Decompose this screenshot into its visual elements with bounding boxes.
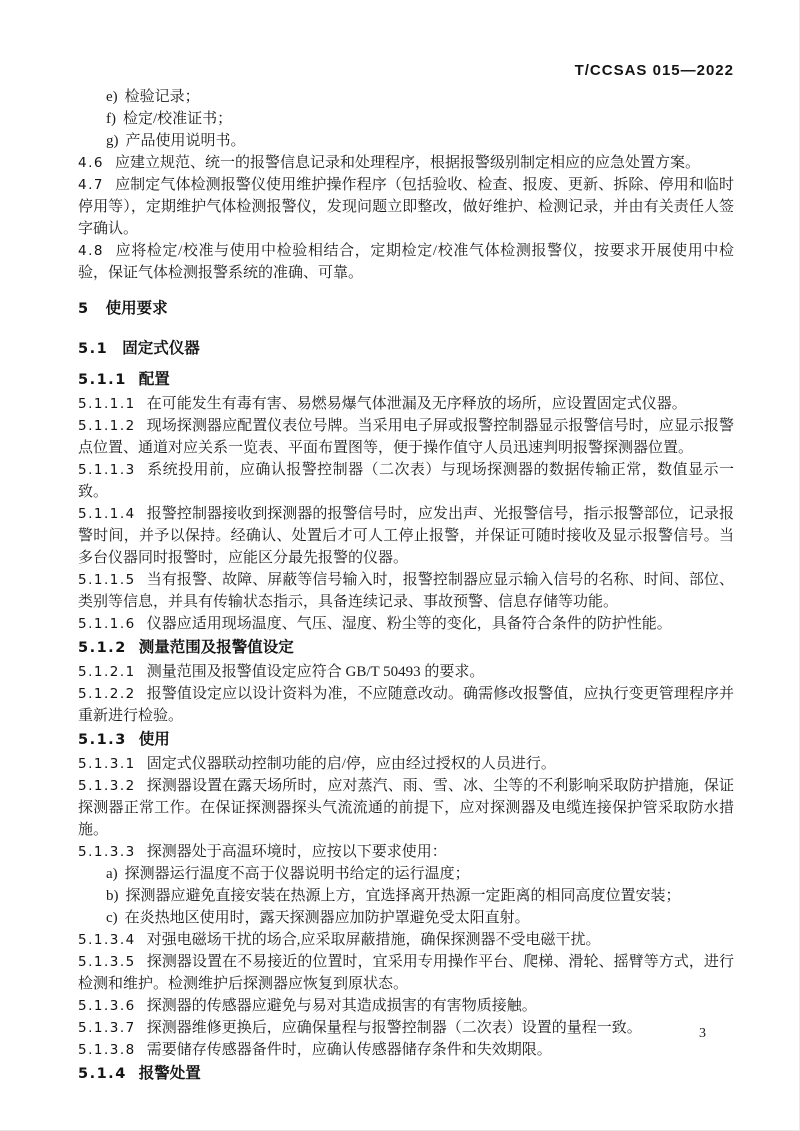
clause-5-1-3-8: 5.1.3.8需要储存传感器备件时，应确认传感器储存条件和失效期限。 <box>78 1039 734 1061</box>
clause-text: 探测器处于高温环境时，应按以下要求使用： <box>147 844 447 860</box>
list-item-label: a) <box>106 866 118 882</box>
clause-number: 5.1.3.5 <box>78 954 136 970</box>
list-item-c: c)在炎热地区使用时，露天探测器应加防护罩避免受太阳直射。 <box>78 907 734 929</box>
heading-text: 固定式仪器 <box>122 340 200 357</box>
clause-5-1-2-2: 5.1.2.2报警值设定应以设计资料为准，不应随意改动。确需修改报警值，应执行变… <box>78 683 734 727</box>
clause-text: 仪器应适用现场温度、气压、湿度、粉尘等的变化，具备符合条件的防护性能。 <box>147 616 672 632</box>
list-item-label: b) <box>106 888 119 904</box>
page-number: 3 <box>699 1026 706 1041</box>
list-item-text: 探测器应避免直接安装在热源上方，宜选择离开热源一定距离的相同高度位置安装； <box>126 888 681 904</box>
clause-text: 应将检定/校准与使用中检验相结合，定期检定/校准气体检测报警仪，按要求开展使用中… <box>78 243 734 281</box>
heading-text: 使用要求 <box>106 300 168 317</box>
clause-number: 5.1.1.5 <box>78 572 136 588</box>
list-item-b: b)探测器应避免直接安装在热源上方，宜选择离开热源一定距离的相同高度位置安装； <box>78 885 734 907</box>
list-item-label: c) <box>106 910 118 926</box>
clause-5-1-1-6: 5.1.1.6仪器应适用现场温度、气压、湿度、粉尘等的变化，具备符合条件的防护性… <box>78 613 734 635</box>
clause-number: 4.7 <box>78 177 104 193</box>
standard-number: T/CCSAS 015—2022 <box>575 62 734 79</box>
clause-number: 5.1.3.2 <box>78 778 136 794</box>
clause-5-1-3-6: 5.1.3.6探测器的传感器应避免与易对其造成损害的有害物质接触。 <box>78 995 734 1017</box>
clause-text: 系统投用前，应确认报警控制器（二次表）与现场探测器的数据传输正常，数值显示一致。 <box>78 462 734 500</box>
heading-text: 配置 <box>139 371 170 388</box>
heading-number: 5.1.1 <box>78 372 127 388</box>
clause-5-1-3-1: 5.1.3.1固定式仪器联动控制功能的启/停，应由经过授权的人员进行。 <box>78 753 734 775</box>
clause-text: 探测器设置在露天场所时，应对蒸汽、雨、雪、冰、尘等的不利影响采取防护措施，保证探… <box>78 778 734 838</box>
clause-number: 5.1.3.3 <box>78 844 136 860</box>
clause-text: 探测器设置在不易接近的位置时，宜采用专用操作平台、爬梯、滑轮、摇臂等方式，进行检… <box>78 954 734 992</box>
clause-5-1-1-2: 5.1.1.2现场探测器应配置仪表位号牌。当采用电子屏或报警控制器显示报警信号时… <box>78 415 734 459</box>
clause-text: 对强电磁场干扰的场合,应采取屏蔽措施，确保探测器不受电磁干扰。 <box>147 932 601 948</box>
heading-number: 5.1.3 <box>78 732 127 748</box>
clause-5-1-3-5: 5.1.3.5探测器设置在不易接近的位置时，宜采用专用操作平台、爬梯、滑轮、摇臂… <box>78 951 734 995</box>
heading-number: 5.1.4 <box>78 1066 127 1082</box>
document-body: e)检验记录；f)检定/校准证书；g)产品使用说明书。4.6应建立规范、统一的报… <box>78 86 734 1087</box>
clause-number: 5.1.2.2 <box>78 686 136 702</box>
list-item-text: 在炎热地区使用时，露天探测器应加防护罩避免受太阳直射。 <box>125 910 530 926</box>
clause-text: 探测器的传感器应避免与易对其造成损害的有害物质接触。 <box>147 998 537 1014</box>
heading-5-1-4: 5.1.4报警处置 <box>78 1063 734 1085</box>
heading-5: 5使用要求 <box>78 298 734 320</box>
list-item-g: g)产品使用说明书。 <box>78 130 734 152</box>
clause-number: 5.1.1.1 <box>78 396 136 412</box>
list-item-label: g) <box>106 133 119 149</box>
heading-5-1: 5.1固定式仪器 <box>78 338 734 360</box>
clause-4-8: 4.8应将检定/校准与使用中检验相结合，定期检定/校准气体检测报警仪，按要求开展… <box>78 240 734 284</box>
list-item-text: 探测器运行温度不高于仪器说明书给定的运行温度； <box>125 866 470 882</box>
clause-number: 5.1.3.1 <box>78 756 136 772</box>
clause-5-1-3-2: 5.1.3.2探测器设置在露天场所时，应对蒸汽、雨、雪、冰、尘等的不利影响采取防… <box>78 775 734 841</box>
clause-text: 当有报警、故障、屏蔽等信号输入时，报警控制器应显示输入信号的名称、时间、部位、类… <box>78 572 734 610</box>
clause-number: 5.1.3.6 <box>78 998 136 1014</box>
clause-text: 应制定气体检测报警仪使用维护操作程序（包括验收、检查、报废、更新、拆除、停用和临… <box>78 177 734 237</box>
clause-5-1-1-3: 5.1.1.3系统投用前，应确认报警控制器（二次表）与现场探测器的数据传输正常，… <box>78 459 734 503</box>
clause-number: 5.1.3.8 <box>78 1042 136 1058</box>
clause-4-7: 4.7应制定气体检测报警仪使用维护操作程序（包括验收、检查、报废、更新、拆除、停… <box>78 174 734 240</box>
heading-5-1-1: 5.1.1配置 <box>78 369 734 391</box>
list-item-a: a)探测器运行温度不高于仪器说明书给定的运行温度； <box>78 863 734 885</box>
heading-text: 使用 <box>139 731 170 748</box>
clause-number: 4.8 <box>78 243 104 259</box>
document-header: T/CCSAS 015—2022 <box>78 62 734 79</box>
clause-number: 5.1.2.1 <box>78 664 136 680</box>
clause-number: 5.1.3.4 <box>78 932 136 948</box>
clause-number: 5.1.1.2 <box>78 418 136 434</box>
clause-text: 测量范围及报警值设定应符合 GB/T 50493 的要求。 <box>147 664 485 680</box>
clause-number: 5.1.1.4 <box>78 506 136 522</box>
clause-5-1-1-5: 5.1.1.5当有报警、故障、屏蔽等信号输入时，报警控制器应显示输入信号的名称、… <box>78 569 734 613</box>
list-item-label: f) <box>106 111 116 127</box>
clause-4-6: 4.6应建立规范、统一的报警信息记录和处理程序，根据报警级别制定相应的应急处置方… <box>78 152 734 174</box>
clause-number: 4.6 <box>78 155 104 171</box>
clause-5-1-3-3: 5.1.3.3探测器处于高温环境时，应按以下要求使用： <box>78 841 734 863</box>
document-page: T/CCSAS 015—2022 e)检验记录；f)检定/校准证书；g)产品使用… <box>0 0 800 1131</box>
heading-5-1-3: 5.1.3使用 <box>78 729 734 751</box>
clause-text: 应建立规范、统一的报警信息记录和处理程序，根据报警级别制定相应的应急处置方案。 <box>115 155 700 171</box>
clause-text: 现场探测器应配置仪表位号牌。当采用电子屏或报警控制器显示报警信号时，应显示报警点… <box>78 418 734 456</box>
heading-number: 5.1 <box>78 341 108 357</box>
clause-text: 报警控制器接收到探测器的报警信号时，应发出声、光报警信号，指示报警部位，记录报警… <box>78 506 734 566</box>
clause-text: 在可能发生有毒有害、易燃易爆气体泄漏及无序释放的场所，应设置固定式仪器。 <box>147 396 687 412</box>
clause-5-1-1-4: 5.1.1.4报警控制器接收到探测器的报警信号时，应发出声、光报警信号，指示报警… <box>78 503 734 569</box>
heading-text: 测量范围及报警值设定 <box>139 639 294 656</box>
clause-number: 5.1.1.6 <box>78 616 136 632</box>
list-item-text: 检验记录； <box>125 89 200 105</box>
clause-5-1-3-4: 5.1.3.4对强电磁场干扰的场合,应采取屏蔽措施，确保探测器不受电磁干扰。 <box>78 929 734 951</box>
list-item-text: 产品使用说明书。 <box>126 133 246 149</box>
list-item-text: 检定/校准证书； <box>123 111 232 127</box>
clause-number: 5.1.1.3 <box>78 462 136 478</box>
clause-text: 报警值设定应以设计资料为准，不应随意改动。确需修改报警值，应执行变更管理程序并重… <box>78 686 734 724</box>
clause-text: 固定式仪器联动控制功能的启/停，应由经过授权的人员进行。 <box>147 756 556 772</box>
document-footer: 3 <box>78 1026 706 1042</box>
heading-text: 报警处置 <box>139 1065 201 1082</box>
list-item-e: e)检验记录； <box>78 86 734 108</box>
clause-5-1-2-1: 5.1.2.1测量范围及报警值设定应符合 GB/T 50493 的要求。 <box>78 661 734 683</box>
heading-5-1-2: 5.1.2测量范围及报警值设定 <box>78 637 734 659</box>
list-item-label: e) <box>106 89 118 105</box>
heading-number: 5 <box>78 301 90 317</box>
clause-5-1-1-1: 5.1.1.1在可能发生有毒有害、易燃易爆气体泄漏及无序释放的场所，应设置固定式… <box>78 393 734 415</box>
heading-number: 5.1.2 <box>78 640 127 656</box>
list-item-f: f)检定/校准证书； <box>78 108 734 130</box>
clause-text: 需要储存传感器备件时，应确认传感器储存条件和失效期限。 <box>147 1042 552 1058</box>
